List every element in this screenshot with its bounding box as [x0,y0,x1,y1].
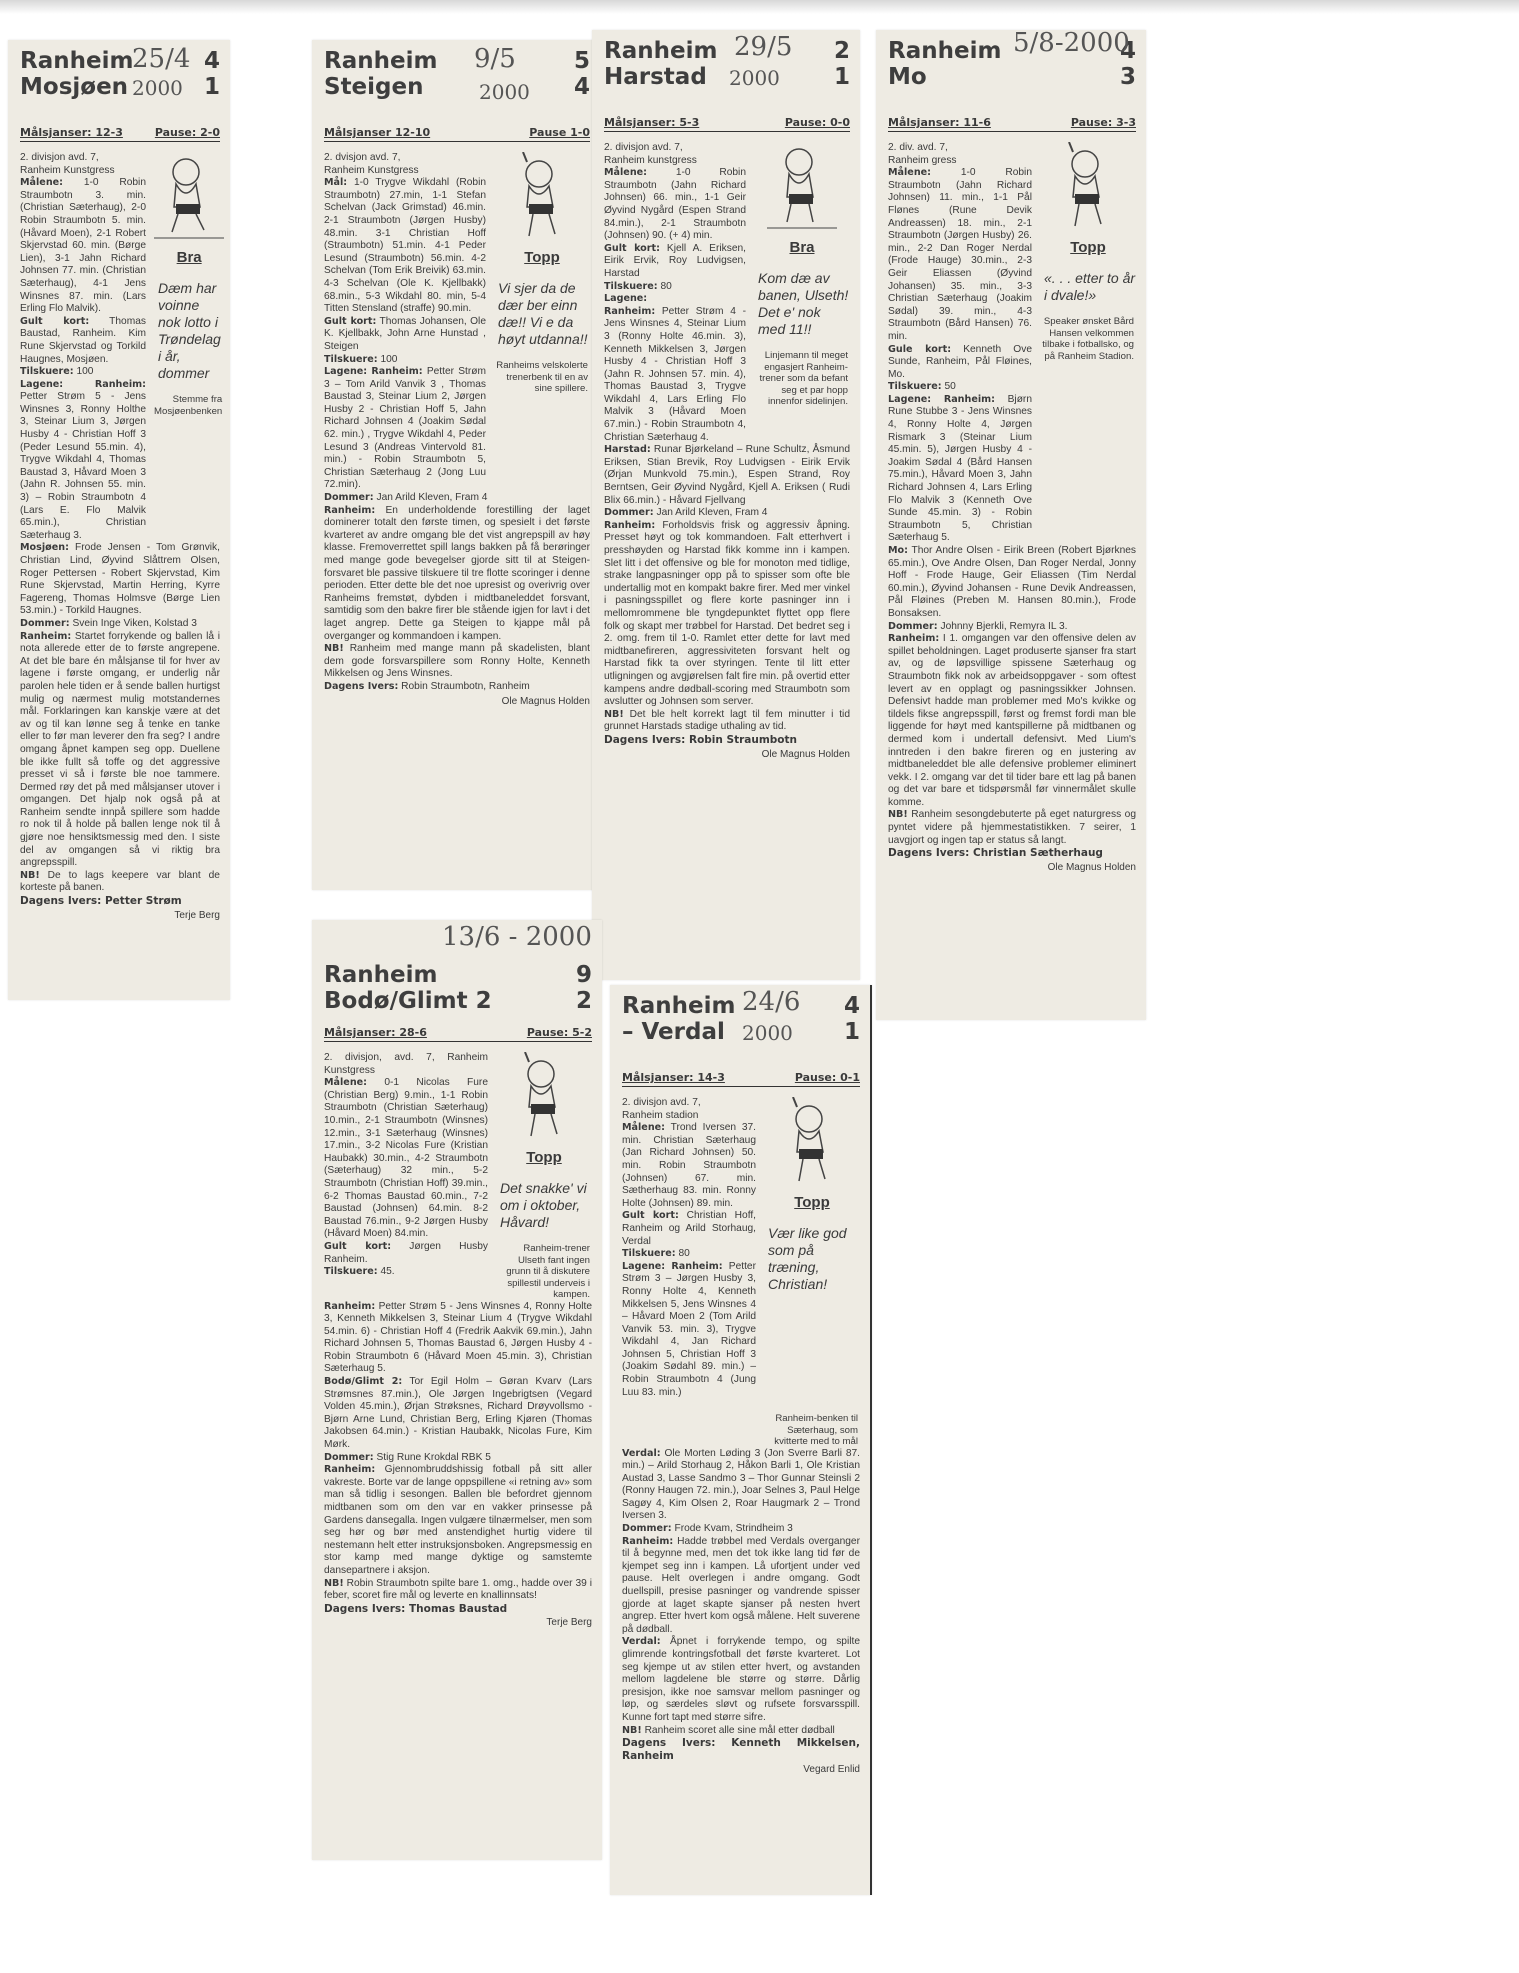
goals-label: Målene: [888,167,931,178]
clipping-header: Ranheim Steigen 5 4 9/5 2000 [324,48,590,126]
halftime-label: Pause 1-0 [529,126,590,139]
halftime-label: Pause: 5-2 [527,1026,592,1039]
quote: Det snakke' vi om i oktober, Håvard! [496,1180,592,1231]
goals-label: Målene: [604,167,647,178]
away-score: 4 [574,74,590,100]
referee: Stig Rune Krokdal RBK 5 [376,1452,490,1463]
referee-label: Dommer: [20,618,70,629]
quote-caption: Ranheim-trener Ulseth fant ingen grunn t… [496,1243,592,1301]
chances-label: Målsjanser: 5-3 [604,116,699,129]
nb-text: De to lags keepere var blant de korteste… [20,870,220,894]
spectators-label: Tilskuere: [622,1248,676,1259]
cards-label: Gult kort: [324,1241,391,1252]
match-report: Verdal: Ole Morten Løding 3 (Jon Sverre … [622,1448,860,1763]
home-team: Ranheim [324,962,592,988]
away-lineup: Thor Andre Olsen - Eirik Breen (Robert B… [888,545,1136,619]
away-lineup-label: Mo: [888,545,908,556]
spectators-label: Tilskuere: [604,281,658,292]
spectators-label: Tilskuere: [324,354,378,365]
lineups-label: Lagene: [888,394,931,405]
verdict-column: Topp «. . . etter to år i dvale!» Speake… [1040,142,1136,545]
quote: «. . . etter to år i dvale!» [1040,270,1136,304]
away-lineup-label: Bodø/Glimt 2: [324,1376,402,1387]
clipping-header: Ranheim – Verdal 4 1 24/6 2000 [622,993,860,1071]
report2-text: Åpnet i forrykende tempo, og spilte glim… [622,1636,860,1723]
cartoon-figure-icon [154,152,224,242]
chances-label: Målsjanser: 11-6 [888,116,991,129]
stats-line: Målsjanser 12-10Pause 1-0 [324,126,590,142]
nb-label: NB! [604,709,624,720]
match-facts: 2. divisjon avd. 7, Ranheim kunstgress M… [604,142,746,444]
match-facts: 2. dvisjon avd. 7, Ranheim Kunstgress Må… [324,152,486,492]
goals: 0-1 Nicolas Fure (Christian Berg) 9.min.… [324,1077,488,1239]
handwritten-date: 24/6 [742,987,800,1017]
clipping-header: Ranheim Harstad 2 1 29/5 2000 [604,38,850,116]
away-team: Steigen [324,74,590,100]
man-of-the-match: Thomas Baustad [409,1603,507,1615]
match-clipping-mo: Ranheim Mo 4 3 5/8-2000 Målsjanser: 11-6… [876,30,1146,1020]
nb-label: NB! [888,809,908,820]
report-label: Ranheim: [20,631,71,642]
home-lineup-label: Ranheim: [95,379,146,390]
chances-label: Målsjanser 12-10 [324,126,430,139]
match-report: Ranheim: Petter Strøm 5 - Jens Winsnes 4… [324,1301,592,1616]
final-score: 4 1 [204,48,220,100]
referee-label: Dommer: [622,1523,672,1534]
verdict-column: Topp Vær like god som på træning, Christ… [764,1097,860,1448]
nb-text: Robin Straumbotn spilte bare 1. omg., ha… [324,1578,592,1602]
match-clipping-harstad: Ranheim Harstad 2 1 29/5 2000 Målsjanser… [592,30,860,980]
home-score: 9 [576,962,592,988]
chances-label: Målsjanser: 12-3 [20,126,123,139]
man-of-the-match: Petter Strøm [105,895,182,907]
referee: Svein Inge Viken, Kolstad 3 [72,618,196,629]
quote-caption: Stemme fra Mosjøenbenken [154,394,224,417]
stats-line: Målsjanser: 5-3Pause: 0-0 [604,116,850,132]
final-score: 9 2 [576,962,592,1014]
report-label: Ranheim: [622,1536,673,1547]
home-score: 4 [844,993,860,1019]
referee-label: Dommer: [888,621,938,632]
report-text: I 1. omgangen var den offensive delen av… [888,633,1136,808]
final-score: 2 1 [834,38,850,90]
home-lineup: Petter Strøm 4 - Jens Winsnes 4, Steinar… [604,306,746,443]
goals-label: Målene: [324,1077,367,1088]
match-report: Dommer: Jan Arild Kleven, Fram 4 Ranheim… [324,492,590,694]
referee: Jan Arild Kleven, Fram 4 [376,492,487,503]
verdict-column: Topp Vi sjer da de dær ber einn dæ!! Vi … [494,152,590,492]
goals-label: Målene: [20,177,63,188]
nb-text: Ranheim scoret alle sine mål etter dødba… [645,1725,835,1736]
home-team: Ranheim [622,993,860,1019]
man-of-the-match: Robin Straumbotn, Ranheim [401,681,530,692]
match-clipping-bodo-glimt: 13/6 - 2000 Ranheim Bodø/Glimt 2 9 2 Mål… [312,920,602,1860]
match-clipping-verdal: Ranheim – Verdal 4 1 24/6 2000 Målsjanse… [610,985,872,1895]
away-lineup-label: Verdal: [622,1448,661,1459]
goals-label: Målene: [622,1122,665,1133]
report-text: En underholdende forestilling der laget … [324,505,590,642]
spectators-label: Tilskuere: [888,381,942,392]
verdict-badge: Topp [494,249,590,266]
halftime-label: Pause: 0-0 [785,116,850,129]
verdict-column: Bra Dæm har voinne nok lotto i Trøndelag… [154,152,224,542]
away-lineup-label: Harstad: [604,444,651,455]
motm-label: Dagens Ivers: [20,895,101,907]
referee-label: Dommer: [324,1452,374,1463]
referee-label: Dommer: [604,507,654,518]
report2-label: Verdal: [622,1636,661,1647]
cartoon-figure-icon [777,1097,847,1187]
report-label: Ranheim: [324,1464,375,1475]
stats-line: Målsjanser: 14-3Pause: 0-1 [622,1071,860,1087]
home-lineup: Petter Strøm 5 - Jens Winsnes 3, Ronny H… [20,391,146,541]
away-lineup-label: Mosjøen: [20,542,69,553]
home-lineup-label: Ranheim: [324,1301,375,1312]
verdict-column: Bra Kom dæ av banen, Ulseth! Det e' nok … [754,142,850,444]
handwritten-date: 13/6 - 2000 [442,922,592,952]
byline: Terje Berg [20,910,220,921]
home-lineup-label: Ranheim: [604,306,655,317]
handwritten-year: 2000 [132,76,183,100]
away-team: Mosjøen [20,74,220,100]
quote-caption: Ranheims velskolerte trenerbenk til en a… [494,360,590,395]
motm-label: Dagens Ivers: [324,1603,405,1615]
goals-label: Mål: [324,177,347,188]
quote: Vi sjer da de dær ber einn dæ!! Vi e da … [494,280,590,348]
halftime-label: Pause: 2-0 [155,126,220,139]
lineups-label: Lagene: [604,293,647,304]
away-team: Mo [888,64,1136,90]
goals: Trond Iversen 37. min. Christian Sæterha… [622,1122,756,1209]
home-team: Ranheim [324,48,590,74]
quote-caption: Linjemann til meget engasjert Ranheim-tr… [754,350,850,408]
cards-label: Gult kort: [20,316,89,327]
away-lineup: Frode Jensen - Tom Grønvik, Christian Li… [20,542,220,616]
goals: 1-0 Robin Straumbotn (Jahn Richard Johns… [604,167,746,241]
report-label: Ranheim: [604,520,655,531]
cards-label: Gult kort: [324,316,376,327]
final-score: 4 1 [844,993,860,1045]
home-lineup: Petter Strøm 3 – Jørgen Husby 3, Ronny H… [622,1261,756,1398]
home-score: 4 [204,48,220,74]
quote: Dæm har voinne nok lotto i Trøndelag i å… [154,280,224,382]
away-score: 1 [204,74,220,100]
clipping-header: Ranheim Mo 4 3 5/8-2000 [888,38,1136,116]
referee-label: Dommer: [324,492,374,503]
nb-label: NB! [622,1725,642,1736]
cartoon-figure-icon [509,1052,579,1142]
division: 2. divisjon avd. 7, [604,142,746,155]
motm-label: Dagens Ivers: [604,734,685,746]
cards-label: Gult kort: [622,1210,679,1221]
division: 2. divisjon avd. 7, [622,1097,756,1110]
home-lineup: Bjørn Rune Stubbe 3 - Jens Winsnes 4, Ro… [888,394,1032,544]
match-facts: 2. divisjon avd. 7, Ranheim stadion Måle… [622,1097,756,1448]
stats-line: Målsjanser: 11-6Pause: 3-3 [888,116,1136,132]
handwritten-year: 2000 [742,1021,793,1045]
team-names: Ranheim Steigen [324,48,590,100]
home-score: 5 [574,48,590,74]
report-text: Forholdsvis frisk og aggressiv åpning. P… [604,520,850,707]
division: 2. dvisjon avd. 7, [324,152,486,165]
report-text: Startet forrykende og ballen lå i nota a… [20,631,220,869]
verdict-column: Topp Det snakke' vi om i oktober, Håvard… [496,1052,592,1301]
division: 2. divisjon avd. 7, [20,152,146,165]
nb-text: Ranheim sesongdebuterte på eget naturgre… [888,809,1136,845]
team-names: Ranheim Harstad [604,38,850,90]
handwritten-date: 25/4 [132,44,190,74]
lineups-label: Lagene: [324,366,367,377]
handwritten-date: 9/5 [474,44,516,74]
stats-line: Målsjanser: 28-6Pause: 5-2 [324,1026,592,1042]
verdict-badge: Bra [754,239,850,256]
verdict-badge: Topp [764,1194,860,1211]
spectators: 80 [660,281,671,292]
quote: Kom dæ av banen, Ulseth! Det e' nok med … [754,270,850,338]
goals: 1-0 Robin Straumbotn (Jahn Richard Johns… [888,167,1032,342]
clipping-header: Ranheim Mosjøen 4 1 25/4 2000 [20,48,220,126]
referee: Johnny Bjerkli, Remyra IL 3. [940,621,1067,632]
match-clipping-steigen: Ranheim Steigen 5 4 9/5 2000 Målsjanser … [312,40,600,890]
goals: 1-0 Trygve Wikdahl (Robin Straumbotn) 27… [324,177,486,314]
spectators: 100 [76,366,93,377]
venue: Ranheim Kunstgress [20,165,146,178]
handwritten-date: 5/8-2000 [1013,28,1130,58]
clipping-header: 13/6 - 2000 Ranheim Bodø/Glimt 2 9 2 [324,928,592,1012]
venue: Ranheim gress [888,155,1032,168]
spectators: 100 [380,354,397,365]
nb-label: NB! [324,1578,344,1589]
halftime-label: Pause: 3-3 [1071,116,1136,129]
away-lineup: Tor Egil Holm – Gøran Kvarv (Lars Strøms… [324,1376,592,1450]
away-team: – Verdal [622,1019,860,1045]
spectators: 45. [380,1266,394,1277]
lineups-label: Lagene: [20,379,63,390]
away-score: 1 [834,64,850,90]
match-facts: 2. divisjon avd. 7, Ranheim Kunstgress M… [20,152,146,542]
venue: Ranheim kunstgress [604,155,746,168]
home-lineup-label: Ranheim: [671,1261,722,1272]
quote-caption: Ranheim-benken til Sæterhaug, som kvitte… [764,1413,860,1448]
home-score: 2 [834,38,850,64]
away-team: Harstad [604,64,850,90]
cartoon-figure-icon [1053,142,1123,232]
chances-label: Målsjanser: 14-3 [622,1071,725,1084]
scan-top-edge [0,0,1519,14]
match-report: Mo: Thor Andre Olsen - Eirik Breen (Robe… [888,545,1136,860]
nb-label: NB! [20,870,40,881]
lineups-label: Lagene: [622,1261,665,1272]
home-lineup-label: Ranheim: [944,394,995,405]
report-text: Hadde trøbbel med Verdals overganger til… [622,1536,860,1635]
cartoon-figure-icon [767,142,837,232]
byline: Ole Magnus Holden [324,696,590,707]
spectators: 80 [678,1248,689,1259]
verdict-badge: Topp [1040,239,1136,256]
byline: Ole Magnus Holden [888,862,1136,873]
cards-label: Gule kort: [888,344,951,355]
team-names: Ranheim – Verdal [622,993,860,1045]
away-score: 2 [576,988,592,1014]
final-score: 5 4 [574,48,590,100]
match-report: Mosjøen: Frode Jensen - Tom Grønvik, Chr… [20,542,220,907]
motm-label: Dagens Ivers: [622,1737,715,1749]
quote: Vær like god som på træning, Christian! [764,1225,860,1293]
handwritten-date: 29/5 [734,32,792,62]
halftime-label: Pause: 0-1 [795,1071,860,1084]
division: 2. divisjon, avd. 7, Ranheim Kunstgress [324,1052,488,1077]
away-score: 1 [844,1019,860,1045]
match-report: Harstad: Runar Bjørkeland – Rune Schultz… [604,444,850,746]
spectators-label: Tilskuere: [324,1266,378,1277]
verdict-badge: Topp [496,1149,592,1166]
report-label: Ranheim: [888,633,939,644]
nb-text: Det ble helt korrekt lagt til fem minutt… [604,709,850,733]
goals: 1-0 Robin Straumbotn 3. min. (Christian … [20,177,146,314]
man-of-the-match: Christian Sætherhaug [973,847,1103,859]
home-team: Ranheim [604,38,850,64]
match-clipping-mosjoen: Ranheim Mosjøen 4 1 25/4 2000 Målsjanser… [8,40,230,1000]
nb-text: Ranheim med mange mann på skadelisten, b… [324,643,590,679]
quote-caption: Speaker ønsket Bård Hansen velkommen til… [1040,316,1136,362]
nb-label: NB! [324,643,344,654]
away-team: Bodø/Glimt 2 [324,988,592,1014]
venue: Ranheim stadion [622,1110,756,1123]
report-text: Gjennombruddshissig fotball på sitt alle… [324,1464,592,1576]
referee: Frode Kvam, Strindheim 3 [674,1523,792,1534]
chances-label: Målsjanser: 28-6 [324,1026,427,1039]
handwritten-year: 2000 [729,66,780,90]
spectators-label: Tilskuere: [20,366,74,377]
motm-label: Dagens Ivers: [888,847,969,859]
byline: Ole Magnus Holden [604,749,850,760]
venue: Ranheim Kunstgress [324,165,486,178]
byline: Terje Berg [324,1617,592,1628]
handwritten-year: 2000 [479,80,530,104]
report-label: Ranheim: [324,505,375,516]
motm-label: Dagens Ivers: [324,681,398,692]
spectators: 50 [944,381,955,392]
away-score: 3 [1120,64,1136,90]
cards-label: Gult kort: [604,243,660,254]
cartoon-figure-icon [507,152,577,242]
division: 2. div. avd. 7, [888,142,1032,155]
stats-line: Målsjanser: 12-3Pause: 2-0 [20,126,220,142]
match-facts: 2. div. avd. 7, Ranheim gress Målene: 1-… [888,142,1032,545]
verdict-badge: Bra [154,249,224,266]
match-facts: 2. divisjon, avd. 7, Ranheim Kunstgress … [324,1052,488,1301]
man-of-the-match: Robin Straumbotn [689,734,797,746]
home-lineup-label: Ranheim: [371,366,422,377]
home-lineup: Petter Strøm 3 – Tom Arild Vanvik 3 , Th… [324,366,486,490]
byline: Vegard Enlid [622,1764,860,1775]
referee: Jan Arild Kleven, Fram 4 [656,507,767,518]
